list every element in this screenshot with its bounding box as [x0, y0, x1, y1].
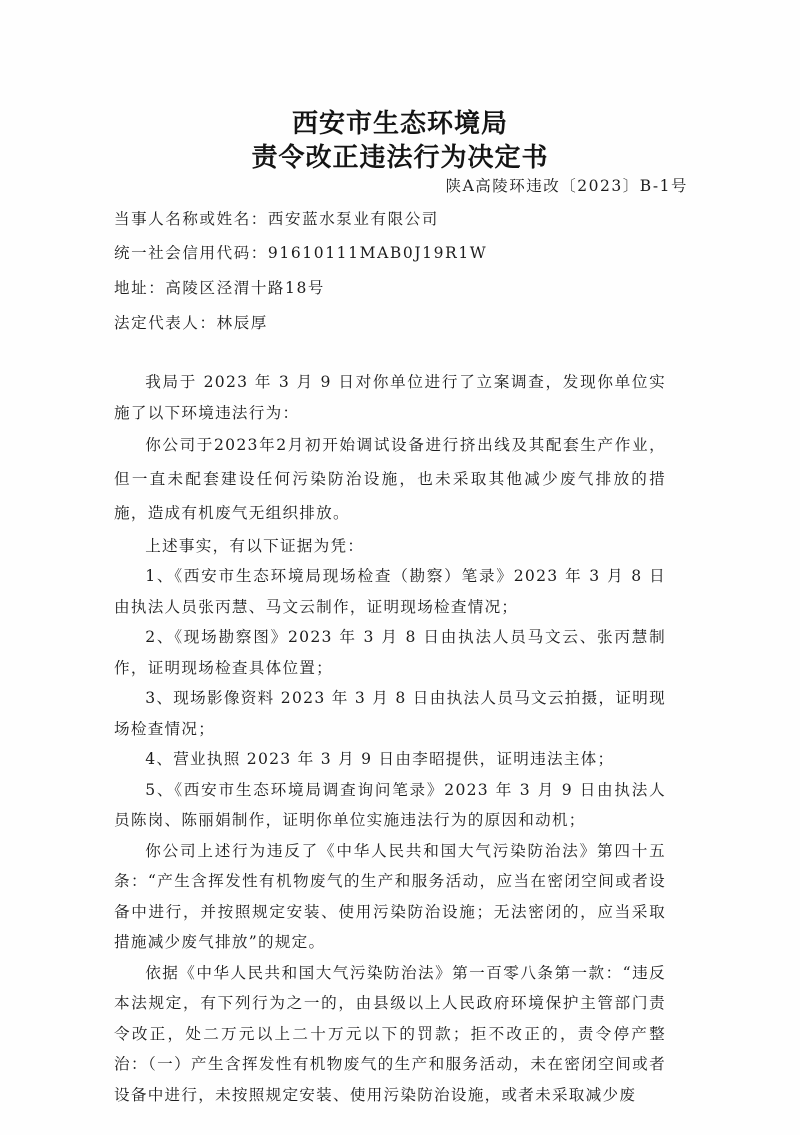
- evidence-item: 5、《西安市生态环境局调查询问笔录》2023 年 3 月 9 日由执法人员陈岗、…: [114, 775, 666, 836]
- document-title: 责令改正违法行为决定书: [0, 137, 800, 174]
- field-value: 91610111MAB0J19R1W: [268, 244, 487, 262]
- legal-basis-paragraph: 依据《中华人民共和国大气污染防治法》第一百零八条第一款：“违反本法规定，有下列行…: [114, 958, 666, 1111]
- evidence-item: 2、《现场勘察图》2023 年 3 月 8 日由执法人员马文云、张丙慧制作，证明…: [114, 622, 666, 683]
- document-body: 我局于 2023 年 3 月 9 日对你单位进行了立案调查，发现你单位实施了以下…: [114, 367, 666, 1110]
- legal-representative-field: 法定代表人：林辰厚: [114, 311, 268, 333]
- document-page: 西安市生态环境局 责令改正违法行为决定书 陕A高陵环违改〔2023〕B-1号 当…: [0, 0, 800, 1135]
- evidence-item: 3、现场影像资料 2023 年 3 月 8 日由执法人员马文云拍摄，证明现场检查…: [114, 683, 666, 744]
- evidence-intro-paragraph: 上述事实，有以下证据为凭：: [114, 531, 666, 562]
- investigation-paragraph: 我局于 2023 年 3 月 9 日对你单位进行了立案调查，发现你单位实施了以下…: [114, 367, 666, 428]
- field-label: 地址：: [114, 279, 165, 297]
- issuing-authority-title: 西安市生态环境局: [0, 103, 800, 140]
- violation-description-paragraph: 你公司于2023年2月初开始调试设备进行挤出线及其配套生产作业，但一直未配套建设…: [114, 428, 666, 531]
- evidence-item: 1、《西安市生态环境局现场检查（勘察）笔录》2023 年 3 月 8 日由执法人…: [114, 561, 666, 622]
- address-field: 地址：高陵区泾渭十路18号: [114, 276, 325, 298]
- field-value: 林辰厚: [217, 314, 268, 332]
- field-label: 统一社会信用代码：: [114, 244, 268, 262]
- field-value: 高陵区泾渭十路18号: [165, 279, 325, 297]
- field-label: 法定代表人：: [114, 314, 217, 332]
- document-number: 陕A高陵环违改〔2023〕B-1号: [446, 174, 688, 196]
- credit-code-field: 统一社会信用代码：91610111MAB0J19R1W: [114, 241, 487, 263]
- party-name-field: 当事人名称或姓名：西安蓝水泵业有限公司: [114, 207, 439, 229]
- legal-violation-paragraph: 你公司上述行为违反了《中华人民共和国大气污染防治法》第四十五条：“产生含挥发性有…: [114, 836, 666, 958]
- field-label: 当事人名称或姓名：: [114, 210, 268, 228]
- field-value: 西安蓝水泵业有限公司: [268, 210, 439, 228]
- evidence-item: 4、营业执照 2023 年 3 月 9 日由李昭提供，证明违法主体；: [114, 744, 666, 775]
